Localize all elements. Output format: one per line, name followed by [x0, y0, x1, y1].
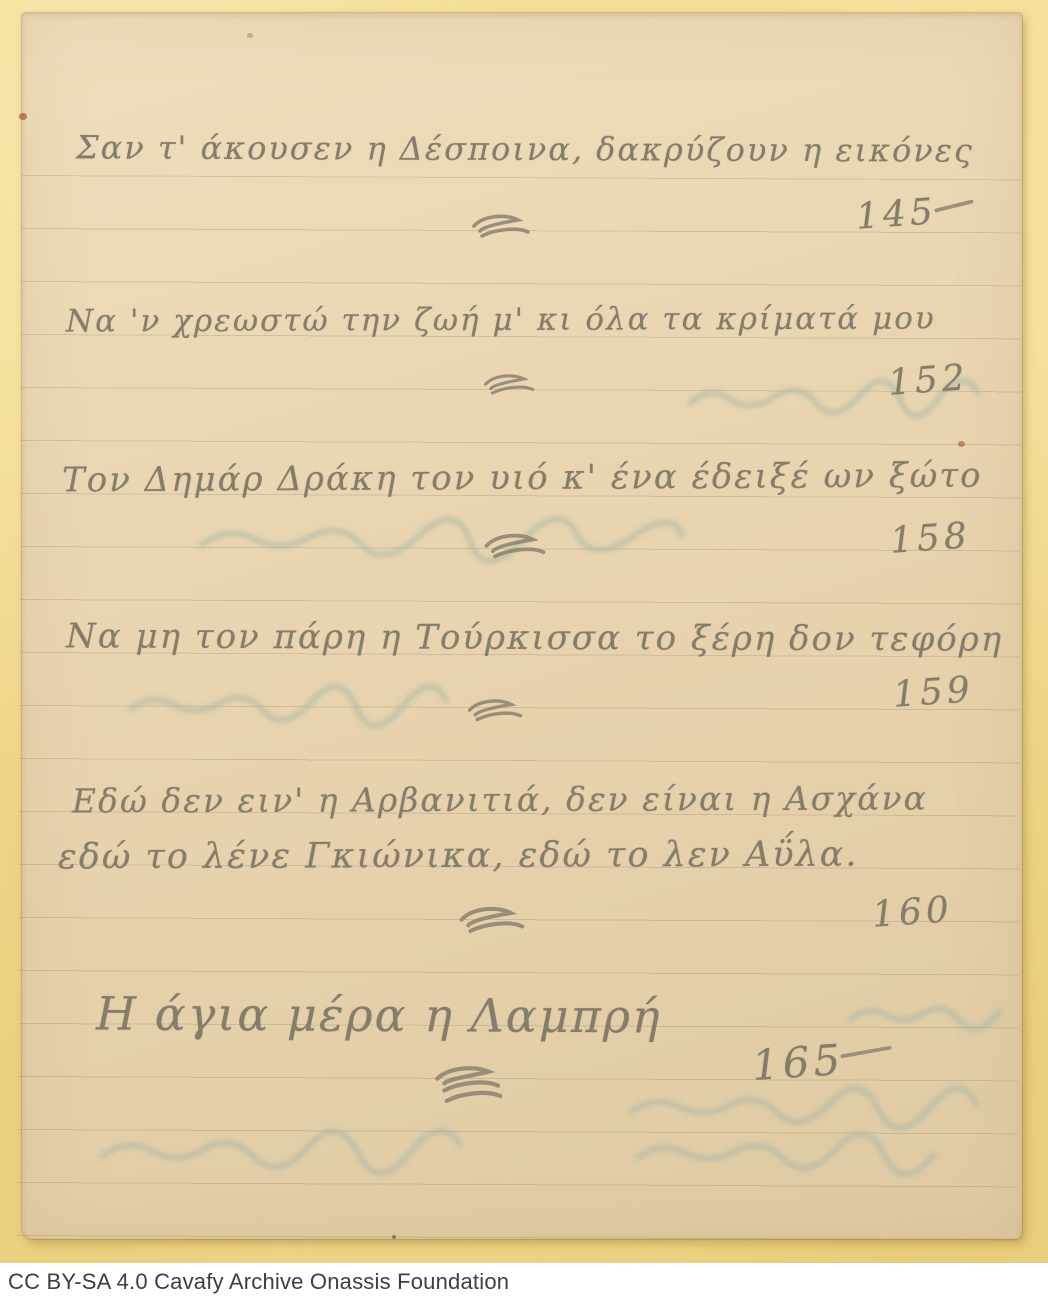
squiggle-mark-icon: [478, 372, 542, 400]
foxing-stain: [392, 1235, 396, 1239]
ink-bleedthrough: [192, 513, 752, 565]
ink-bleedthrough: [122, 681, 512, 729]
ink-bleedthrough: [92, 1123, 522, 1179]
handwritten-line: Να 'ν χρεωστώ την ζωή μ' κι όλα τα κρίμα…: [66, 300, 936, 339]
page-number: 158: [889, 515, 972, 562]
page-number: 159: [892, 669, 975, 716]
foxing-stain: [247, 33, 253, 38]
ink-bleedthrough: [622, 1083, 1022, 1183]
squiggle-mark-icon: [466, 212, 538, 244]
handwritten-line: Τον Δημάρ Δράκη τον υιό κ' ένα έδειξέ ων…: [62, 456, 983, 501]
handwritten-line: Σαν τ' άκουσεν η Δέσποινα, δακρύζουν η ε…: [76, 128, 974, 169]
page-number: 165: [750, 1035, 845, 1090]
handwritten-line: Η άγια μέρα η Λαμπρή: [96, 987, 662, 1044]
handwritten-line: εδώ το λένε Γκιώνικα, εδώ το λεν Αΰλα.: [58, 835, 859, 878]
foxing-stain: [958, 441, 965, 447]
page-number: 145: [855, 191, 938, 238]
page-number: 160: [871, 889, 954, 936]
squiggle-mark-icon: [428, 1064, 512, 1112]
page-number: 152: [887, 357, 970, 404]
handwritten-line: Εδώ δεν ειν' η Αρβανιτιά, δεν είναι η Ασ…: [72, 779, 928, 821]
squiggle-mark-icon: [452, 904, 534, 940]
ink-bleedthrough: [682, 373, 1022, 423]
photograph-canvas: Σαν τ' άκουσεν η Δέσποινα, δακρύζουν η ε…: [0, 0, 1048, 1299]
foxing-stain: [19, 113, 27, 120]
ink-bleedthrough: [842, 993, 1022, 1037]
handwritten-line: Να μη τον πάρη η Τούρκισσα το ξέρη δον τ…: [66, 616, 1003, 659]
squiggle-mark-icon: [462, 694, 530, 730]
license-attribution: CC BY-SA 4.0 Cavafy Archive Onassis Foun…: [8, 1263, 509, 1299]
attribution-bar: CC BY-SA 4.0 Cavafy Archive Onassis Foun…: [0, 1263, 1048, 1299]
squiggle-mark-icon: [478, 530, 554, 566]
